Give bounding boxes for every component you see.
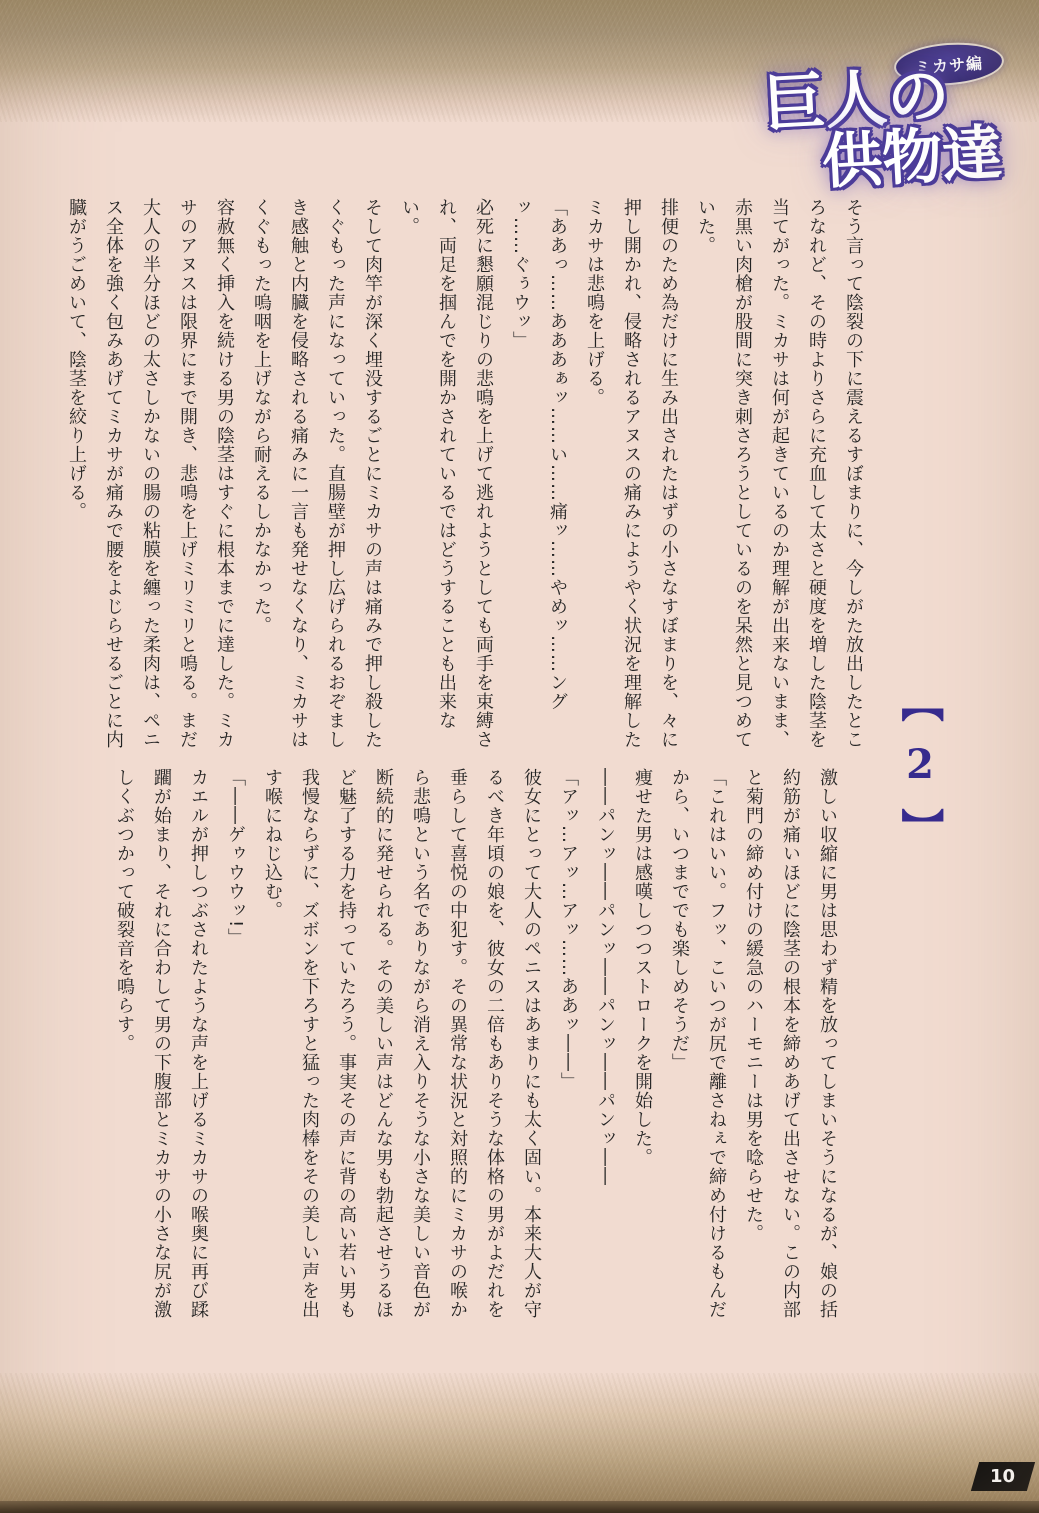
section-bracket-open: 【	[901, 688, 939, 722]
bottom-border-texture	[0, 1373, 1039, 1513]
paragraph: そして肉竿が深く埋没するごとにミカサの声は痛みで押し殺したくぐもった声になってい…	[243, 198, 391, 760]
paragraph: 必死に懇願混じりの悲鳴を上げて逃れようとしても両手を束縛され、両足を掴んでを開か…	[391, 198, 502, 760]
paragraph-dialogue: 「アッ…アッ…アッ……ああッ――」	[550, 768, 587, 1332]
paragraph: 痩せた男は感嘆しつつストロークを開始した。	[624, 768, 661, 1332]
title-logo-line2: 供物達	[820, 105, 1004, 200]
paper-grain	[0, 1373, 1039, 1513]
lower-text-block: 激しい収縮に男は思わず精を放ってしまいそうになるが、娘の括約筋が痛いほどに陰茎の…	[88, 768, 846, 1332]
page-number-tab: 10	[971, 1462, 1035, 1491]
paragraph-sfx: ――パンッ――パンッ――パンッ――パンッ――	[587, 768, 624, 1332]
paragraph: そう言って陰裂の下に震えるすぼまりに、今しがた放出したところなれど、その時よりさ…	[687, 198, 872, 760]
paragraph-dialogue: 「ああっ……あああぁッ……い……痛ッ……やめッ……ングッ……ぐぅウッ」	[502, 198, 576, 760]
section-number: 2	[906, 745, 934, 785]
scanned-novel-page: ミカサ編 巨人の 供物達 そう言って陰裂の下に震えるすぼまりに、今しがた放出した…	[0, 0, 1039, 1513]
paragraph: カエルが押しつぶされたような声を上げるミカサの喉奥に再び蹂躙が始まり、それに合わ…	[106, 768, 217, 1332]
section-bracket-close: 】	[901, 808, 939, 842]
paragraph: 容赦無く挿入を続ける男の陰茎はすぐに根本までに達した。ミカサのアヌスは限界にまで…	[58, 198, 243, 760]
section-marker: 【 2 】	[897, 690, 943, 840]
paragraph: 激しい収縮に男は思わず精を放ってしまいそうになるが、娘の括約筋が痛いほどに陰茎の…	[735, 768, 846, 1332]
page-number: 10	[990, 1466, 1015, 1487]
paragraph: 彼女にとって大人のペニスはあまりにも太く固い。本来大人が守るべき年頃の娘を、彼女…	[254, 768, 550, 1332]
paragraph: 排便のため為だけに生み出されたはずの小さなすぼまりを、々に押し開かれ、侵略される…	[576, 198, 687, 760]
bottom-dark-edge	[0, 1501, 1039, 1513]
upper-text-block: そう言って陰裂の下に震えるすぼまりに、今しがた放出したところなれど、その時よりさ…	[80, 198, 872, 760]
paragraph-dialogue: 「――ゲゥウウッ!」	[217, 768, 254, 1332]
paragraph-dialogue: 「これはいい。フッ、こいつが尻で離さねぇで締め付けるもんだから、いつまででも楽し…	[661, 768, 735, 1332]
